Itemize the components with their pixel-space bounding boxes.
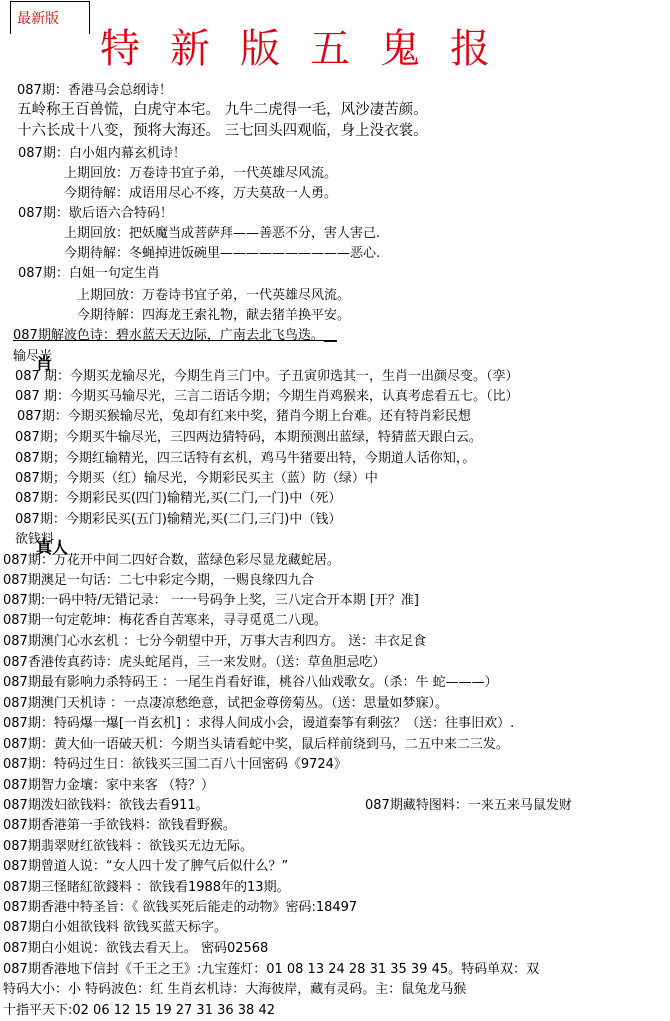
money-line: 087期香港第一手欲钱料：欲钱看野猴。: [3, 818, 236, 834]
last-issue-line: 上期回放：把妖魔当成菩萨拜——善恶不分，害人害己.: [64, 226, 380, 242]
title-char: 特: [100, 26, 140, 72]
title-char: 五: [310, 26, 350, 72]
page-title: 特 新 版 五 鬼 报: [100, 26, 500, 72]
title-char: 版: [240, 26, 280, 72]
section-heading: 087期：歇后语六合特码！: [18, 206, 173, 222]
lose-line: 087期：今期彩民买(四门)输精光,买(二门,一门)中（死）: [15, 491, 341, 507]
money-line: 087期翡翠财红欲钱料 ：欲钱买无边无际。: [3, 839, 253, 855]
ten-fingers-numbers-line: 十指平天下:02 06 12 15 19 27 31 36 38 42: [3, 1003, 275, 1019]
last-issue-line: 上期回放：万卷诗书宜子弟，一代英雄尽风流。: [64, 166, 337, 182]
money-line: 087期曾道人说：“女人四十发了脾气后似什么？”: [3, 859, 288, 875]
title-char: 新: [170, 26, 210, 72]
section-heading: 087期：白小姐内幕玄机诗！: [18, 146, 186, 162]
money-line: 087期三怪睹紅欲錢料 ：欲钱看1988年的13期。: [3, 880, 290, 896]
money-line: 087期泼妇欲钱料：欲钱去看911。: [3, 798, 209, 814]
money-line: 087期澳门心水玄机 ：七分今朝望中开，万事大吉利四方。 送：丰衣足食: [3, 634, 426, 650]
title-char: 报: [450, 26, 490, 72]
current-issue-line: 今期待解：成语用尽心不疼，万夫莫敌一人勇。: [64, 186, 337, 202]
money-line: 087期澳门天机诗 ：一点凄凉愁绝意，试把金尊傍菊丛。（送：思量如梦寐）。: [3, 696, 448, 712]
version-badge: 最新版: [10, 1, 90, 34]
money-line: 087期香港中特圣旨：《 欲钱买死后能走的动物》密码:18497: [3, 900, 357, 916]
wave-color-poem: 087期解波色诗：碧水蓝天天边际，广南去北飞鸟迭。__: [13, 328, 337, 344]
money-line: 087期：万花开中间二四好合数，蓝绿色彩尽显龙藏蛇居。: [3, 553, 340, 569]
lose-line: 087 期：今期买龙输尽光，今期生肖三门中。子丑寅卯选其一，生肖一出颜尽变。（孪…: [15, 369, 518, 385]
money-line: 087期一句定乾坤：梅花香自苦寒来，寻寻觅觅二八现。: [3, 613, 327, 629]
special-attributes-line: 特码大小：小 特码波色：红 生肖玄机诗：大海彼岸，藏有灵码。主：鼠兔龙马猴: [3, 982, 466, 998]
money-line: 087期：特码过生日：欲钱买三国二百八十回密码《9724》: [3, 757, 347, 773]
money-line: 087期白小姐说：欲钱去看天上。 密码02568: [3, 941, 268, 957]
lose-line: 087期；今期买牛输尽光，三四两边猜特码，本期预测出蓝绿，特猜蓝天跟白云。: [15, 430, 482, 446]
last-issue-line: 上期回放：万卷诗书宜子弟，一代英雄尽风流。: [77, 288, 350, 304]
money-line: 087期：黄大仙一语破天机：今期当头请看蛇中奖，鼠后样前绕到马，二五中来二三发。: [3, 737, 509, 753]
lose-line: 087期：今期买猴输尽光，兔却有红来中奖，猪肖今期上台难。还有特肖彩民想: [17, 409, 471, 425]
lose-line: 087期；今期红输精光，四三话特有玄机，鸡马牛猪要出特，今期道人话你知，。: [15, 451, 475, 467]
money-line: 087期最有影响力杀特码王 ：一尾生肖看好谁，桃谷八仙戏歌女。（杀：牛 蛇———…: [3, 675, 498, 691]
money-line: 087期澳足一句话：二七中彩定今期，一赐良缘四九合: [3, 573, 314, 589]
money-line: 087期：特码爆一爆[一肖玄机] ：求得人间成小会，谩道秦筝有剩弦？（送：往事旧…: [3, 716, 514, 732]
lose-line: 087 期：今期买马输尽光，三言二语话今期；今期生肖鸡猴来，认真考虑看五七。（比…: [15, 389, 518, 405]
current-issue-line: 今期待解：四海龙王索礼物，献去猪羊换平安。: [77, 308, 350, 324]
poem-line: 十六长成十八变，预将大海还。 三七回头四观临，身上没衣裳。: [17, 122, 428, 140]
section-heading: 087期：香港马会总纲诗！: [17, 83, 172, 99]
hidden-special-line: 087期藏特图料：一来五来马鼠发财: [365, 798, 572, 814]
current-issue-line: 今期待解：冬蝇掉进饭碗里——————————恶心.: [64, 246, 380, 262]
lose-line: 087期；今期买（红）输尽光，今期彩民买主（蓝）防（绿）中: [15, 471, 378, 487]
money-line: 087香港传真药诗：虎头蛇尾肖，三一来发财。（送：草鱼胆忌吃）: [3, 655, 385, 671]
section-heading: 087期：白姐一句定生肖: [18, 266, 160, 282]
poem-line: 五岭称王百兽慌，白虎守本宅。 九牛二虎得一毛，风沙凄苦颜。: [17, 101, 428, 119]
money-line: 087期白小姐欲钱料 欲钱买蓝天标字。: [3, 920, 227, 936]
money-line: 087期智力金壤：家中来客 （特？）: [3, 778, 214, 794]
money-line: 087期:一码中特/无错记录： 一一号码争上奖，三八定合开本期 [开？准]: [3, 593, 419, 609]
lottery-numbers-line: 087期香港地下信封《千王之王》:九宝莲灯：01 08 13 24 28 31 …: [3, 962, 539, 978]
version-badge-label: 最新版: [17, 8, 59, 28]
lose-line: 087期：今期彩民买(五门)输精光,买(二门,三门)中（钱）: [15, 512, 341, 528]
title-char: 鬼: [380, 26, 420, 72]
